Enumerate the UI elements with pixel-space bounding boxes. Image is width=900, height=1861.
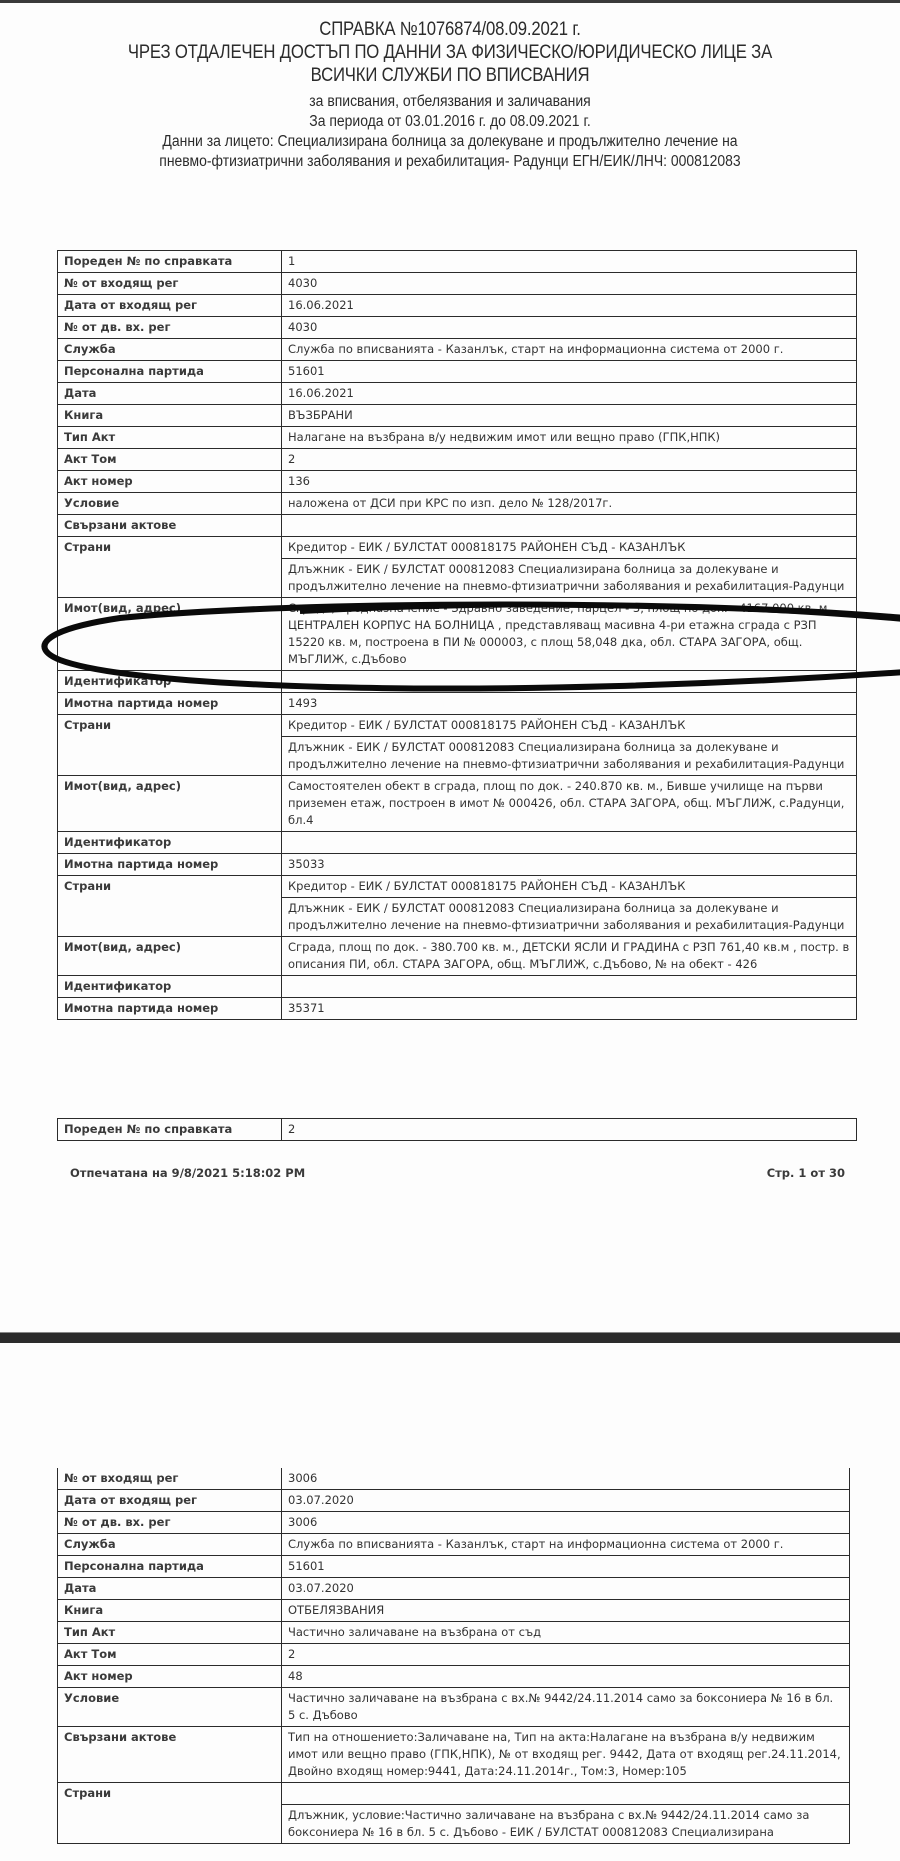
row-label: Дата [58, 383, 282, 405]
table-row: Дата от входящ рег03.07.2020 [58, 1490, 850, 1512]
row-label: Пореден № по справката [58, 251, 282, 273]
row-value: 136 [282, 471, 857, 493]
row-label: № от входящ рег [58, 273, 282, 295]
table-row: Страни [58, 1783, 850, 1805]
row-label: Акт номер [58, 471, 282, 493]
person-line-2: пневмо-фтизиатрични заболявания и рехаби… [45, 152, 855, 172]
row-label: Служба [58, 339, 282, 361]
table-row: Пореден № по справката1 [58, 251, 857, 273]
title-line-1: СПРАВКА №1076874/08.09.2021 г. [54, 18, 846, 41]
row-value: ОТБЕЛЯЗВАНИЯ [282, 1600, 850, 1622]
table-row: Свързани актове [58, 515, 857, 537]
row-value: 16.06.2021 [282, 383, 857, 405]
table-row: СтраниКредитор - ЕИК / БУЛСТАТ 000818175… [58, 876, 857, 898]
partida-number: 35033 [282, 854, 857, 876]
debtor-party: Длъжник - ЕИК / БУЛСТАТ 000812083 Специа… [282, 737, 857, 776]
row-label: Тип Акт [58, 1622, 282, 1644]
debtor-party: Длъжник - ЕИК / БУЛСТАТ 000812083 Специа… [282, 898, 857, 937]
identifier-value [282, 671, 857, 693]
row-label: Страни [58, 537, 282, 598]
table-row: Персонална партида51601 [58, 361, 857, 383]
table-row: Акт номер48 [58, 1666, 850, 1688]
row-label: Страни [58, 715, 282, 776]
table-row: Тип АктНалагане на възбрана в/у недвижим… [58, 427, 857, 449]
row-value: наложена от ДСИ при КРС по изп. дело № 1… [282, 493, 857, 515]
partida-number: 35371 [282, 998, 857, 1020]
creditor-party: Кредитор - ЕИК / БУЛСТАТ 000818175 РАЙОН… [282, 537, 857, 559]
table-row: Имотна партида номер35371 [58, 998, 857, 1020]
debtor-party: Длъжник - ЕИК / БУЛСТАТ 000812083 Специа… [282, 559, 857, 598]
row-value: 1 [282, 251, 857, 273]
row-label: Служба [58, 1534, 282, 1556]
row-label: Страни [58, 876, 282, 937]
row-label: Акт Том [58, 1644, 282, 1666]
table-row: Имот(вид, адрес)Сграда, площ по док. - 3… [58, 937, 857, 976]
row-label: Имот(вид, адрес) [58, 598, 282, 671]
table-row: СтраниКредитор - ЕИК / БУЛСТАТ 000818175… [58, 537, 857, 559]
row-value: 4030 [282, 317, 857, 339]
row-label: Дата от входящ рег [58, 295, 282, 317]
row-label: Дата от входящ рег [58, 1490, 282, 1512]
page-number: Стр. 1 от 30 [767, 1166, 845, 1180]
row-label: Страни [58, 1783, 282, 1844]
row-value: 51601 [282, 1556, 850, 1578]
table-row: Дата от входящ рег16.06.2021 [58, 295, 857, 317]
table-row: Свързани актовеТип на отношението:Залича… [58, 1727, 850, 1783]
top-edge-bar [0, 0, 900, 3]
row-value: Служба по вписванията - Казанлък, старт … [282, 339, 857, 361]
row-value: Тип на отношението:Заличаване на, Тип на… [282, 1727, 850, 1783]
property-description: Самостоятелен обект в сграда, площ по до… [282, 776, 857, 832]
table-row: УсловиеЧастично заличаване на възбрана с… [58, 1688, 850, 1727]
row-value: 03.07.2020 [282, 1490, 850, 1512]
row-label: Дата [58, 1578, 282, 1600]
row-label: Идентификатор [58, 832, 282, 854]
row-label: Акт Том [58, 449, 282, 471]
record-1-table: Пореден № по справката1№ от входящ рег40… [57, 250, 857, 1020]
row-value: Частично заличаване на възбрана с вх.№ 9… [282, 1688, 850, 1727]
table-row: Акт номер136 [58, 471, 857, 493]
creditor-party: Кредитор - ЕИК / БУЛСТАТ 000818175 РАЙОН… [282, 876, 857, 898]
table-row: Имотна партида номер35033 [58, 854, 857, 876]
page-separator [0, 1332, 900, 1343]
table-row: Персонална партида51601 [58, 1556, 850, 1578]
person-line-1: Данни за лицето: Специализирана болница … [45, 132, 855, 152]
table-row: Имот(вид, адрес)Самостоятелен обект в сг… [58, 776, 857, 832]
record-2-head-table: Пореден № по справката 2 [57, 1118, 857, 1141]
table-row: № от дв. вх. рег4030 [58, 317, 857, 339]
row-value: 2 [282, 449, 857, 471]
table-row: Тип АктЧастично заличаване на възбрана о… [58, 1622, 850, 1644]
property-description: Сграда, предназначение - Здравно заведен… [282, 598, 857, 671]
partida-number: 1493 [282, 693, 857, 715]
table-row: Имот(вид, адрес)Сграда, предназначение -… [58, 598, 857, 671]
row-label: Персонална партида [58, 361, 282, 383]
table-row: СтраниКредитор - ЕИК / БУЛСТАТ 000818175… [58, 715, 857, 737]
row-value: 03.07.2020 [282, 1578, 850, 1600]
party-2: Длъжник, условие:Частично заличаване на … [282, 1805, 850, 1844]
row-value: 48 [282, 1666, 850, 1688]
party-1 [282, 1783, 850, 1805]
creditor-party: Кредитор - ЕИК / БУЛСТАТ 000818175 РАЙОН… [282, 715, 857, 737]
row-label: Идентификатор [58, 976, 282, 998]
row-value: 16.06.2021 [282, 295, 857, 317]
subtitle: за вписвания, отбелязвания и заличавания [45, 92, 855, 112]
row-label: Идентификатор [58, 671, 282, 693]
row-label: Книга [58, 1600, 282, 1622]
row-label: Имотна партида номер [58, 998, 282, 1020]
table-row: КнигаОТБЕЛЯЗВАНИЯ [58, 1600, 850, 1622]
row-label: Условие [58, 493, 282, 515]
table-row: Условиеналожена от ДСИ при КРС по изп. д… [58, 493, 857, 515]
table-row: Идентификатор [58, 671, 857, 693]
row-label: Тип Акт [58, 427, 282, 449]
row-label: Имот(вид, адрес) [58, 937, 282, 976]
row-value [282, 515, 857, 537]
table-row: КнигаВЪЗБРАНИ [58, 405, 857, 427]
table-row: Идентификатор [58, 832, 857, 854]
identifier-value [282, 976, 857, 998]
row-value: Налагане на възбрана в/у недвижим имот и… [282, 427, 857, 449]
row-value: 2 [282, 1119, 857, 1141]
table-row: № от входящ рег3006 [58, 1468, 850, 1490]
row-label: Условие [58, 1688, 282, 1727]
row-value: 51601 [282, 361, 857, 383]
row-value: 4030 [282, 273, 857, 295]
row-value: 3006 [282, 1468, 850, 1490]
row-label: Имотна партида номер [58, 693, 282, 715]
row-value: 2 [282, 1644, 850, 1666]
row-value: ВЪЗБРАНИ [282, 405, 857, 427]
period: За периода от 03.01.2016 г. до 08.09.202… [45, 112, 855, 132]
table-row: СлужбаСлужба по вписванията - Казанлък, … [58, 1534, 850, 1556]
table-row: Акт Том2 [58, 449, 857, 471]
table-row: Имотна партида номер1493 [58, 693, 857, 715]
table-row: Акт Том2 [58, 1644, 850, 1666]
row-label: Книга [58, 405, 282, 427]
table-row: Дата16.06.2021 [58, 383, 857, 405]
table-row: Пореден № по справката 2 [58, 1119, 857, 1141]
property-description: Сграда, площ по док. - 380.700 кв. м., Д… [282, 937, 857, 976]
row-label: № от входящ рег [58, 1468, 282, 1490]
document-header: СПРАВКА №1076874/08.09.2021 г. ЧРЕЗ ОТДА… [0, 18, 900, 172]
table-row: Дата03.07.2020 [58, 1578, 850, 1600]
row-label: Свързани актове [58, 515, 282, 537]
printed-timestamp: Отпечатана на 9/8/2021 5:18:02 PM [70, 1166, 305, 1180]
row-label: Акт номер [58, 1666, 282, 1688]
identifier-value [282, 832, 857, 854]
row-value: 3006 [282, 1512, 850, 1534]
table-row: Идентификатор [58, 976, 857, 998]
row-label: № от дв. вх. рег [58, 1512, 282, 1534]
title-line-3: ВСИЧКИ СЛУЖБИ ПО ВПИСВАНИЯ [54, 64, 846, 87]
row-label: Имот(вид, адрес) [58, 776, 282, 832]
row-label: Пореден № по справката [58, 1119, 282, 1141]
title-line-2: ЧРЕЗ ОТДАЛЕЧЕН ДОСТЪП ПО ДАННИ ЗА ФИЗИЧЕ… [54, 41, 846, 64]
record-2-table: № от входящ рег3006Дата от входящ рег03.… [57, 1468, 850, 1844]
table-row: СлужбаСлужба по вписванията - Казанлък, … [58, 339, 857, 361]
row-label: Персонална партида [58, 1556, 282, 1578]
table-row: № от входящ рег4030 [58, 273, 857, 295]
row-value: Частично заличаване на възбрана от съд [282, 1622, 850, 1644]
table-row: № от дв. вх. рег3006 [58, 1512, 850, 1534]
row-label: № от дв. вх. рег [58, 317, 282, 339]
row-label: Свързани актове [58, 1727, 282, 1783]
row-value: Служба по вписванията - Казанлък, старт … [282, 1534, 850, 1556]
row-label: Имотна партида номер [58, 854, 282, 876]
